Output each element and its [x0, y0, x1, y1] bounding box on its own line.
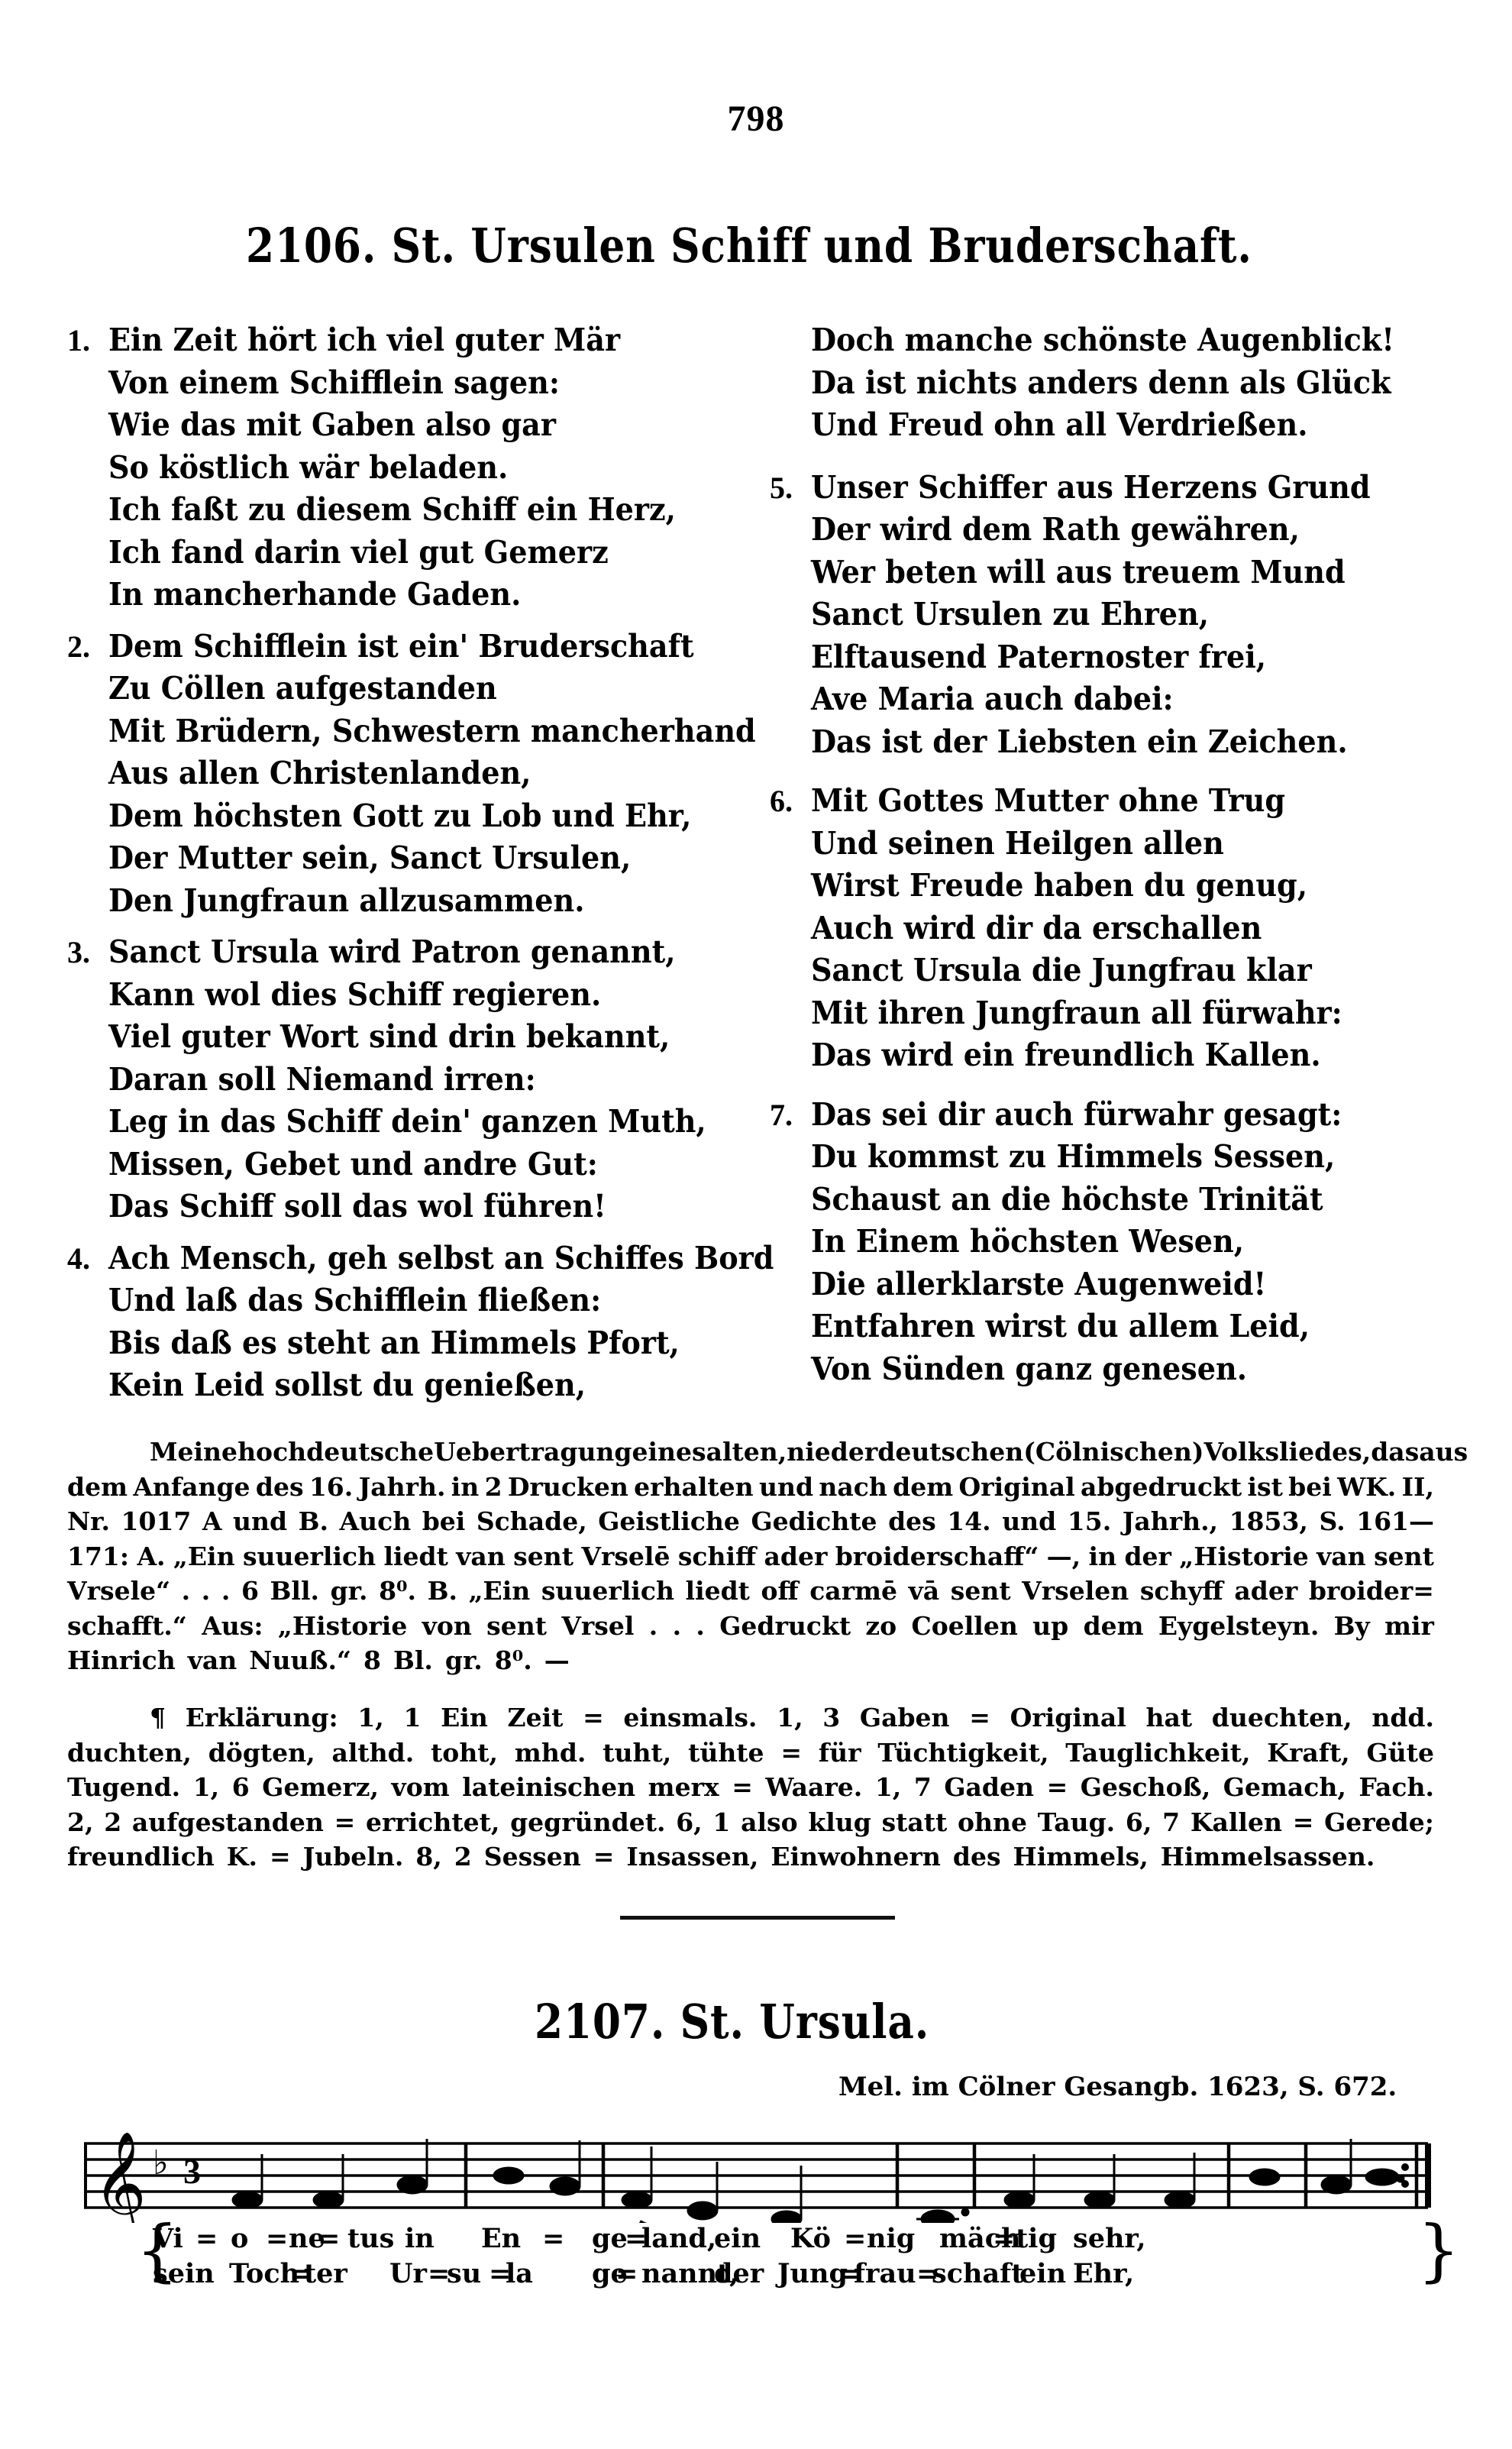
- word: II,: [1402, 1470, 1434, 1505]
- word: Vrsel: [561, 1609, 634, 1644]
- lyric-syllable: su: [447, 2258, 481, 2289]
- word: aus: [1419, 1435, 1468, 1470]
- word: Tüchtigkeit,: [877, 1736, 1048, 1771]
- stanza: 3.Sanct Ursula wird Patron genannt,Kann …: [67, 931, 754, 1228]
- word: 6: [241, 1574, 259, 1609]
- lyric-syllable: la: [506, 2258, 533, 2289]
- song-2107-title: 2107. St. Ursula.: [535, 1994, 929, 2049]
- word: dem: [1084, 1609, 1144, 1644]
- page-number: 798: [0, 98, 1512, 140]
- verse-line: Elftausend Paternoster frei,: [770, 636, 1409, 679]
- prose-line: schafft.“Aus:„HistorievonsentVrsel...Ged…: [67, 1609, 1434, 1644]
- lyric-syllable: ge: [592, 2223, 628, 2254]
- word: WK.: [1337, 1470, 1396, 1505]
- word: .: [696, 1609, 705, 1644]
- lyric-syllable: nig: [867, 2223, 915, 2254]
- word: Nuuß.“: [249, 1643, 351, 1678]
- right-column: Doch manche schönste Augenblick!Da ist n…: [770, 319, 1457, 1407]
- lyric-syllable: tus: [347, 2223, 394, 2254]
- time-signature: 3: [183, 2152, 201, 2191]
- word: dögten,: [208, 1736, 315, 1771]
- verse-line: Sanct Ursula die Jungfrau klar: [770, 950, 1409, 992]
- word: 1,: [875, 1770, 901, 1805]
- word: B.: [428, 1574, 457, 1609]
- word: Einwohnern: [771, 1839, 940, 1875]
- word: hochdeutsche: [237, 1435, 434, 1470]
- verse-line: Wer beten will aus treuem Mund: [770, 552, 1409, 594]
- word: aufgestanden: [132, 1805, 324, 1840]
- lyric-syllable: sein: [153, 2258, 215, 2289]
- word: toht,: [431, 1736, 498, 1771]
- lyric-syllable: En: [481, 2223, 521, 2254]
- song-2106-title: 2106. St. Ursulen Schiff und Bruderschaf…: [246, 218, 1252, 273]
- word: Gemerz,: [262, 1770, 379, 1805]
- word: Bll.: [270, 1574, 319, 1609]
- word: 8,: [415, 1839, 441, 1875]
- word: (Cölnischen): [1023, 1435, 1203, 1470]
- word: Erklärung:: [186, 1700, 338, 1736]
- word: Drucken: [508, 1470, 628, 1505]
- verse-line: In mancherhande Gaden.: [67, 574, 706, 616]
- word: schafft.“: [67, 1609, 187, 1644]
- verse-line: Dem Schifflein ist ein' Bruderschaft: [67, 626, 706, 668]
- word: 15.: [1068, 1504, 1111, 1539]
- word: =: [1293, 1805, 1314, 1840]
- word: tuht,: [603, 1736, 671, 1771]
- word: Nr.: [67, 1504, 110, 1539]
- word: merx: [648, 1770, 719, 1805]
- word: K.: [227, 1839, 257, 1875]
- verse-line: Mit Gottes Mutter ohne Trug: [770, 780, 1409, 823]
- word: 14.: [947, 1504, 990, 1539]
- word: Aus:: [202, 1609, 263, 1644]
- verse-line: Du kommst zu Himmels Sessen,: [770, 1136, 1409, 1179]
- word: 6: [232, 1770, 250, 1805]
- word: ¶: [150, 1700, 166, 1736]
- verse-line: Kein Leid sollst du genießen,: [67, 1364, 706, 1407]
- flat-icon: ♭: [153, 2143, 169, 2182]
- verse-line: Doch manche schönste Augenblick!: [770, 319, 1409, 362]
- word: Sessen: [484, 1839, 581, 1875]
- word: suuerlich: [243, 1539, 376, 1574]
- prose-line: demAnfangedes16.Jahrh.in2Druckenerhalten…: [67, 1470, 1434, 1505]
- lyric-syllable: Jung: [777, 2258, 848, 2289]
- word: sent: [513, 1539, 573, 1574]
- lyric-syllable: =: [266, 2223, 288, 2254]
- melody-source: Mel. im Cölner Gesangb. 1623, S. 672.: [838, 2072, 1397, 2102]
- verse-line: In Einem höchsten Wesen,: [770, 1221, 1409, 1263]
- word: 171:: [67, 1539, 129, 1574]
- verse-line: Dem höchsten Gott zu Lob und Ehr,: [67, 795, 706, 838]
- word: dem: [67, 1470, 128, 1505]
- right-brace: }: [1417, 2217, 1460, 2284]
- word: 2: [454, 1839, 472, 1875]
- verse-line: Das sei dir auch fürwahr gesagt:: [770, 1094, 1409, 1137]
- word: Volksliedes,: [1203, 1435, 1371, 1470]
- word: hat: [1145, 1700, 1192, 1736]
- word: bei: [422, 1504, 466, 1539]
- word: van: [1317, 1539, 1366, 1574]
- lyric-syllable: der: [714, 2258, 764, 2289]
- verse-line: Aus allen Christenlanden,: [67, 752, 706, 795]
- word: 1,: [193, 1770, 219, 1805]
- verse-line: Und laß das Schifflein fließen:: [67, 1279, 706, 1322]
- word: Jubeln.: [303, 1839, 404, 1875]
- word: gegründet.: [510, 1805, 665, 1840]
- word: Schade,: [477, 1504, 587, 1539]
- word: 161—: [1356, 1504, 1434, 1539]
- word: klug: [808, 1805, 871, 1840]
- word: schiff: [678, 1539, 756, 1574]
- section-divider: [620, 1916, 895, 1920]
- word: Zeit: [508, 1700, 564, 1736]
- prose-line: 171:A.„EinsuuerlichliedtvansentVrselēsch…: [67, 1539, 1434, 1574]
- word: errichtet,: [366, 1805, 499, 1840]
- verse-line: Sanct Ursula wird Patron genannt,: [67, 931, 706, 974]
- word: niederdeutschen: [787, 1435, 1023, 1470]
- stanza: 1.Ein Zeit hört ich viel guter MärVon ei…: [67, 319, 754, 616]
- prose-line: Nr.1017AundB.AuchbeiSchade,GeistlicheGed…: [67, 1504, 1434, 1539]
- lyric-syllable: Kö: [790, 2223, 831, 2254]
- word: .: [221, 1574, 231, 1609]
- word: 1: [403, 1700, 421, 1736]
- word: nach: [819, 1470, 887, 1505]
- word: .: [182, 1574, 191, 1609]
- word: Bl.: [393, 1643, 433, 1678]
- word: Himmelsassen.: [1161, 1839, 1375, 1875]
- word: althd.: [331, 1736, 414, 1771]
- word: Gemach,: [1223, 1770, 1346, 1805]
- word: für: [819, 1736, 861, 1771]
- word: ader: [1234, 1574, 1297, 1609]
- verse-line: Wirst Freude haben du genug,: [770, 865, 1409, 907]
- word: up: [1032, 1609, 1068, 1644]
- word: Original: [958, 1470, 1074, 1505]
- verse-line: Die allerklarste Augenweid!: [770, 1263, 1409, 1306]
- word: S.: [1319, 1504, 1345, 1539]
- word: Gaben: [860, 1700, 950, 1736]
- word: Vrsele“: [67, 1574, 170, 1609]
- word: carmē: [809, 1574, 897, 1609]
- word: Gedichte: [751, 1504, 877, 1539]
- word: Original: [1010, 1700, 1126, 1736]
- word: 8⁰.: [495, 1643, 532, 1678]
- word: duechten,: [1212, 1700, 1352, 1736]
- word: =: [583, 1700, 604, 1736]
- word: .: [202, 1574, 211, 1609]
- word: und: [1002, 1504, 1056, 1539]
- word: alten,: [706, 1435, 787, 1470]
- lyric-syllable: =: [993, 2223, 1015, 2254]
- word: tühte: [688, 1736, 764, 1771]
- word: 16.: [309, 1470, 353, 1505]
- lyric-syllable: =: [195, 2223, 218, 2254]
- verse-line: Der Mutter sein, Sanct Ursulen,: [67, 837, 706, 880]
- lyric-syllable: ein: [714, 2223, 761, 2254]
- word: Eygelsteyn.: [1158, 1609, 1319, 1644]
- word: Vrselen: [1022, 1574, 1129, 1609]
- word: duchten,: [67, 1736, 192, 1771]
- word: das: [1371, 1435, 1419, 1470]
- lyric-syllable: =: [615, 2258, 638, 2289]
- verse-line: Viel guter Wort sind drin bekannt,: [67, 1016, 706, 1059]
- word: Auch: [340, 1504, 412, 1539]
- word: des: [953, 1839, 1001, 1875]
- word: =: [732, 1770, 753, 1805]
- word: van: [188, 1643, 237, 1678]
- stanza: 6.Mit Gottes Mutter ohne TrugUnd seinen …: [770, 780, 1457, 1077]
- verse-line: Schaust an die höchste Trinität: [770, 1179, 1409, 1221]
- verse-line: Unser Schiffer aus Herzens Grund: [770, 467, 1409, 510]
- word: abgedruckt: [1081, 1470, 1242, 1505]
- word: sent: [951, 1574, 1011, 1609]
- stanza: 4.Ach Mensch, geh selbst an Schiffes Bor…: [67, 1237, 754, 1407]
- word: Geschoß,: [1081, 1770, 1210, 1805]
- word: sent: [486, 1609, 547, 1644]
- word: Coellen: [912, 1609, 1018, 1644]
- word: 6,: [1126, 1805, 1152, 1840]
- lyric-syllable: =: [318, 2223, 340, 2254]
- word: gr.: [445, 1643, 483, 1678]
- word: Gerede;: [1324, 1805, 1434, 1840]
- word: =: [334, 1805, 356, 1840]
- lyric-syllable: frau: [854, 2258, 916, 2289]
- prose-line: freundlichK.=Jubeln.8,2Sessen=Insassen,E…: [67, 1839, 1434, 1875]
- word: liedt: [383, 1539, 447, 1574]
- music-staff: 𝄞 ♭ 3: [76, 2124, 1442, 2223]
- word: 6,: [676, 1805, 702, 1840]
- verse-line: Von einem Schifflein sagen:: [67, 362, 706, 405]
- verse-line: Ich faßt zu diesem Schiff ein Herz,: [67, 489, 706, 532]
- prose-line: Vrsele“...6Bll.gr.8⁰.B.„Einsuuerlichlied…: [67, 1574, 1434, 1609]
- verse-line: Ach Mensch, geh selbst an Schiffes Bord: [67, 1237, 706, 1280]
- verse-line: Kann wol dies Schiff regieren.: [67, 974, 706, 1017]
- prose-line: HinrichvanNuuß.“8Bl.gr.8⁰.—: [67, 1643, 1434, 1678]
- word: .: [649, 1609, 658, 1644]
- word: des: [888, 1504, 936, 1539]
- word: „Historie: [278, 1609, 407, 1644]
- verse-line: Wie das mit Gaben also gar: [67, 404, 706, 447]
- word: suuerlich: [541, 1574, 674, 1609]
- lyric-syllable: Toch: [229, 2258, 299, 2289]
- verse-line: Leg in das Schiff dein' ganzen Muth,: [67, 1101, 706, 1144]
- word: schyff: [1140, 1574, 1223, 1609]
- word: Jahrh.: [359, 1470, 446, 1505]
- word: in: [451, 1470, 480, 1505]
- word: sent: [1374, 1539, 1434, 1574]
- word: 1,: [777, 1700, 803, 1736]
- word: 3: [822, 1700, 840, 1736]
- word: ohne: [958, 1805, 1027, 1840]
- word: ader: [764, 1539, 828, 1574]
- lyric-syllable: Ehr,: [1073, 2258, 1134, 2289]
- word: mhd.: [515, 1736, 586, 1771]
- verse-line: Missen, Gebet und andre Gut:: [67, 1144, 706, 1186]
- word: Geistliche: [598, 1504, 740, 1539]
- word: also: [741, 1805, 798, 1840]
- word: =: [969, 1700, 990, 1736]
- verse-line: Bis daß es steht an Himmels Pfort,: [67, 1322, 706, 1365]
- word: vā: [909, 1574, 940, 1609]
- word: dem: [893, 1470, 953, 1505]
- word: 7: [1162, 1805, 1180, 1840]
- word: 2,: [67, 1805, 93, 1840]
- verse-line: So köstlich wär beladen.: [67, 447, 706, 490]
- word: Kraft,: [1267, 1736, 1349, 1771]
- word: =: [593, 1839, 615, 1875]
- treble-clef-icon: 𝄞: [93, 2130, 147, 2223]
- word: Uebertragung: [434, 1435, 632, 1470]
- word: 2: [104, 1805, 121, 1840]
- word: 8: [363, 1643, 381, 1678]
- word: 2: [485, 1470, 502, 1505]
- verse-line: Und seinen Heilgen allen: [770, 823, 1409, 865]
- word: Gaden: [944, 1770, 1034, 1805]
- commentary-paragraph: MeinehochdeutscheUebertragungeinesalten,…: [67, 1435, 1434, 1678]
- word: Waare.: [765, 1770, 862, 1805]
- word: .: [673, 1609, 682, 1644]
- lyric-syllable: =: [542, 2223, 564, 2254]
- word: Insassen,: [626, 1839, 758, 1875]
- verse-line: Entfahren wirst du allem Leid,: [770, 1305, 1409, 1348]
- word: =: [780, 1736, 802, 1771]
- lyric-syllable: ein: [1019, 2258, 1066, 2289]
- word: 7: [914, 1770, 932, 1805]
- stanza: Doch manche schönste Augenblick!Da ist n…: [770, 319, 1457, 447]
- staff-lines: [84, 2143, 1428, 2208]
- word: „Historie: [1179, 1539, 1308, 1574]
- verse-line: Der wird dem Rath gewähren,: [770, 509, 1409, 552]
- word: Fach.: [1359, 1770, 1434, 1805]
- word: 1,: [357, 1700, 383, 1736]
- word: mir: [1384, 1609, 1434, 1644]
- word: Tauglichkeit,: [1065, 1736, 1250, 1771]
- word: B.: [299, 1504, 328, 1539]
- lyric-syllable: Vi: [153, 2223, 183, 2254]
- lyric-syllable: =: [844, 2223, 866, 2254]
- verse-line: Sanct Ursulen zu Ehren,: [770, 594, 1409, 636]
- word: Vrselē: [581, 1539, 670, 1574]
- lyric-syllable: in: [405, 2223, 435, 2254]
- verse-line: Zu Cöllen aufgestanden: [67, 668, 706, 710]
- word: des: [256, 1470, 304, 1505]
- verse-line: Das wird ein freundlich Kallen.: [770, 1034, 1409, 1077]
- word: Himmels,: [1013, 1839, 1149, 1875]
- word: 1017: [121, 1504, 192, 1539]
- verse-line: Ein Zeit hört ich viel guter Mär: [67, 319, 706, 362]
- word: Kallen: [1191, 1805, 1282, 1840]
- word: ndd.: [1371, 1700, 1434, 1736]
- word: Taug.: [1038, 1805, 1115, 1840]
- word: und: [233, 1504, 287, 1539]
- word: Meine: [150, 1435, 237, 1470]
- word: ist: [1247, 1470, 1282, 1505]
- verse-line: Mit ihren Jungfraun all fürwahr:: [770, 992, 1409, 1035]
- word: Ein: [441, 1700, 488, 1736]
- lyric-syllable: o: [231, 2223, 248, 2254]
- word: Jahrh.,: [1123, 1504, 1218, 1539]
- verse-line: Da ist nichts anders denn als Glück: [770, 362, 1409, 405]
- word: 8⁰.: [379, 1574, 416, 1609]
- word: und: [759, 1470, 813, 1505]
- verse-line: Daran soll Niemand irren:: [67, 1059, 706, 1102]
- word: =: [270, 1839, 291, 1875]
- verse-line: Den Jungfraun allzusammen.: [67, 880, 706, 923]
- word: freundlich: [67, 1839, 215, 1875]
- stanza: 5.Unser Schiffer aus Herzens GrundDer wi…: [770, 467, 1457, 764]
- word: —: [544, 1643, 570, 1678]
- prose-line: MeinehochdeutscheUebertragungeinesalten,…: [67, 1435, 1434, 1470]
- verse-line: Ave Maria auch dabei:: [770, 678, 1409, 721]
- lyric-syllable: schaft: [932, 2258, 1023, 2289]
- word: „Ein: [469, 1574, 531, 1609]
- verse-line: Von Sünden ganz genesen.: [770, 1348, 1409, 1391]
- word: broider=: [1309, 1574, 1434, 1609]
- lyric-syllable: ter: [304, 2258, 347, 2289]
- stanza: 2.Dem Schifflein ist ein' BruderschaftZu…: [67, 626, 754, 923]
- verse-line: Auch wird dir da erschallen: [770, 907, 1409, 950]
- word: „Ein: [173, 1539, 235, 1574]
- word: eines: [632, 1435, 706, 1470]
- word: 1: [712, 1805, 730, 1840]
- word: Anfange: [133, 1470, 250, 1505]
- lyric-syllable: Ur: [389, 2258, 427, 2289]
- prose-line: duchten,dögten,althd.toht,mhd.tuht,tühte…: [67, 1736, 1434, 1771]
- word: Gedruckt: [719, 1609, 851, 1644]
- word: —,: [1047, 1539, 1081, 1574]
- verse-line: Mit Brüdern, Schwestern mancherhand: [67, 710, 706, 753]
- word: in: [1089, 1539, 1117, 1574]
- word: der: [1124, 1539, 1171, 1574]
- word: A: [202, 1504, 222, 1539]
- word: einsmals.: [623, 1700, 757, 1736]
- lyric-syllable: land,: [641, 2223, 716, 2254]
- word: Güte: [1367, 1736, 1434, 1771]
- verse-line: Ich fand darin viel gut Gemerz: [67, 532, 706, 574]
- word: bei: [1288, 1470, 1332, 1505]
- stanza: 7.Das sei dir auch fürwahr gesagt:Du kom…: [770, 1094, 1457, 1391]
- word: lateinischen: [462, 1770, 635, 1805]
- word: off: [761, 1574, 799, 1609]
- verse-line: Das Schiff soll das wol führen!: [67, 1186, 706, 1228]
- word: A.: [137, 1539, 165, 1574]
- word: broiderschaff“: [835, 1539, 1039, 1574]
- verse-line: Und Freud ohn all Verdrießen.: [770, 404, 1409, 447]
- lyric-syllable: sehr,: [1073, 2223, 1146, 2254]
- explanation-paragraph: ¶Erklärung:1,1EinZeit=einsmals.1,3Gaben=…: [67, 1700, 1434, 1875]
- prose-line: ¶Erklärung:1,1EinZeit=einsmals.1,3Gaben=…: [67, 1700, 1434, 1736]
- left-column: 1.Ein Zeit hört ich viel guter MärVon ei…: [67, 319, 754, 1416]
- word: By: [1334, 1609, 1370, 1644]
- word: gr.: [331, 1574, 368, 1609]
- word: vom: [392, 1770, 450, 1805]
- word: liedt: [686, 1574, 750, 1609]
- word: von: [422, 1609, 472, 1644]
- word: van: [456, 1539, 506, 1574]
- prose-line: 2,2aufgestanden=errichtet,gegründet.6,1a…: [67, 1805, 1434, 1840]
- prose-line: Tugend.1,6Gemerz,vomlateinischenmerx=Waa…: [67, 1770, 1434, 1805]
- word: 1853,: [1229, 1504, 1308, 1539]
- word: erhalten: [634, 1470, 754, 1505]
- word: statt: [882, 1805, 948, 1840]
- lyric-syllable: tig: [1016, 2223, 1057, 2254]
- word: =: [1047, 1770, 1068, 1805]
- word: zo: [865, 1609, 897, 1644]
- word: Tugend.: [67, 1770, 180, 1805]
- word: Hinrich: [67, 1643, 176, 1678]
- verse-line: Das ist der Liebsten ein Zeichen.: [770, 721, 1409, 764]
